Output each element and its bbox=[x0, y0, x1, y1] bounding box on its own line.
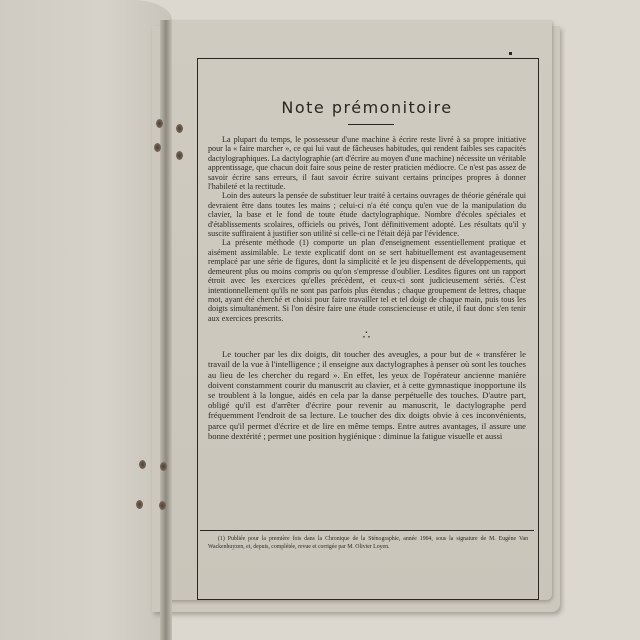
title-rule bbox=[348, 124, 394, 125]
body-text: La plupart du temps, le possesseur d'une… bbox=[208, 135, 526, 441]
punch-hole-icon bbox=[176, 151, 183, 160]
punch-hole-icon bbox=[139, 460, 146, 469]
page-marker bbox=[509, 52, 512, 55]
book-gutter bbox=[160, 20, 172, 640]
footnote-rule bbox=[200, 530, 534, 531]
left-page bbox=[0, 0, 172, 640]
punch-hole-icon bbox=[154, 143, 161, 152]
footnote: (1) Publiée pour la première fois dans l… bbox=[208, 536, 528, 551]
page-title: Note prémonitoire bbox=[197, 98, 537, 117]
punch-hole-icon bbox=[136, 500, 143, 509]
footnote-text: (1) Publiée pour la première fois dans l… bbox=[208, 536, 528, 551]
punch-hole-icon bbox=[156, 119, 163, 128]
punch-hole-icon bbox=[176, 124, 183, 133]
paragraph-1: La plupart du temps, le possesseur d'une… bbox=[208, 135, 526, 191]
punch-hole-icon bbox=[160, 462, 167, 471]
paragraph-4: Le toucher par les dix doigts, dit touch… bbox=[208, 349, 526, 441]
paragraph-3: La présente méthode (1) comporte un plan… bbox=[208, 238, 526, 323]
separator-asterism: ∴ bbox=[208, 329, 526, 341]
punch-hole-icon bbox=[159, 501, 166, 510]
paragraph-2: Loin des auteurs la pensée de substituer… bbox=[208, 191, 526, 238]
